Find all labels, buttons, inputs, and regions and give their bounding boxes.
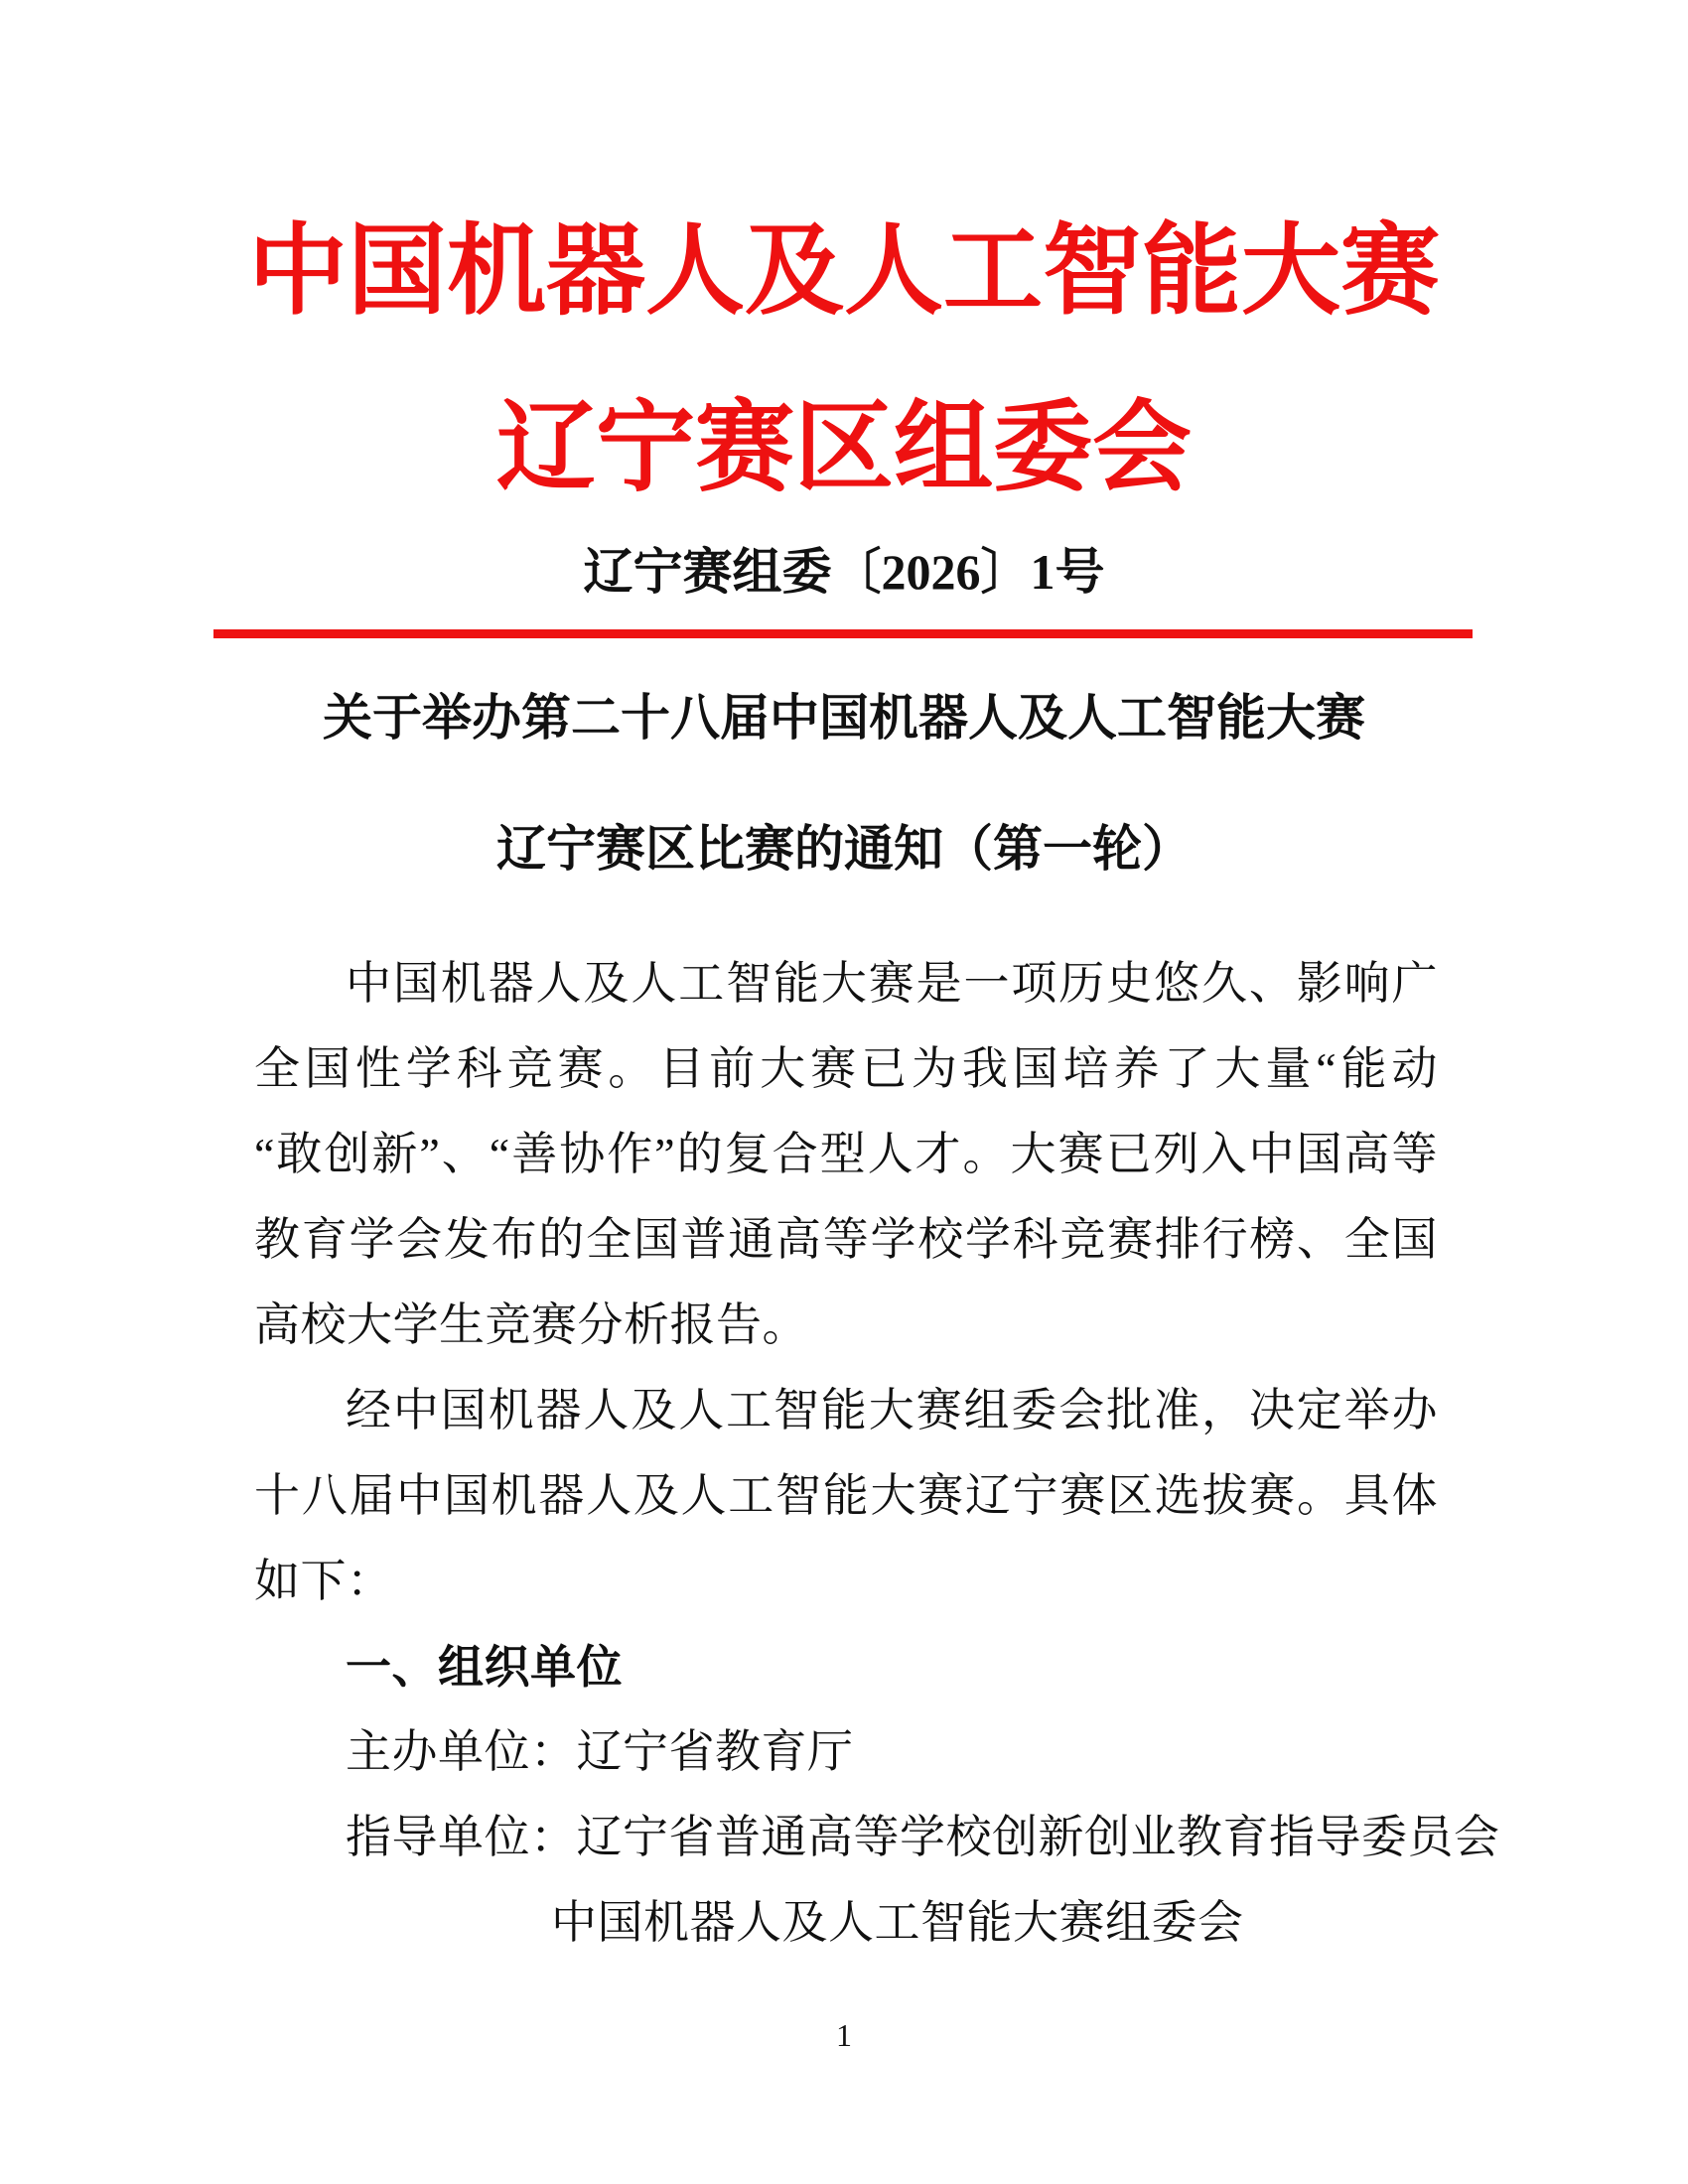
guide-unit-line: 指导单位：辽宁省普通高等学校创新创业教育指导委员会 [254, 1795, 1438, 1880]
body-line: 教育学会发布的全国普通高等学校学科竞赛排行榜、全国普通 [254, 1197, 1438, 1283]
body-line: 十八届中国机器人及人工智能大赛辽宁赛区选拔赛。具体通知 [254, 1453, 1438, 1539]
body-line: 如下： [254, 1539, 1438, 1624]
body-line: 全国性学科竞赛。目前大赛已为我国培养了大量“能动手”、 [254, 1026, 1438, 1112]
subject-heading-line2: 辽宁赛区比赛的通知（第一轮） [0, 818, 1688, 880]
guide-unit-line-2: 中国机器人及人工智能大赛组委会 [254, 1880, 1438, 1966]
section-heading-organizers: 一、组织单位 [254, 1624, 1438, 1709]
body-line: “敢创新”、“善协作”的复合型人才。大赛已列入中国高等 [254, 1112, 1438, 1197]
subject-heading-line1: 关于举办第二十八届中国机器人及人工智能大赛 [0, 687, 1688, 749]
page-number: 1 [0, 2015, 1688, 2055]
body-line: 高校大学生竞赛分析报告。 [254, 1283, 1438, 1368]
document-number: 辽宁赛组委〔2026〕1号 [0, 540, 1688, 604]
body-line: 经中国机器人及人工智能大赛组委会批准，决定举办第二 [254, 1368, 1438, 1453]
letterhead-title-line2: 辽宁赛区组委会 [0, 393, 1688, 504]
letterhead-title-line1: 中国机器人及人工智能大赛 [0, 216, 1688, 328]
body-line: 中国机器人及人工智能大赛是一项历史悠久、影响广泛的 [254, 941, 1438, 1026]
red-divider-rule [213, 629, 1473, 638]
document-body: 中国机器人及人工智能大赛是一项历史悠久、影响广泛的 全国性学科竞赛。目前大赛已为… [254, 941, 1438, 1966]
document-page: 中国机器人及人工智能大赛 辽宁赛区组委会 辽宁赛组委〔2026〕1号 关于举办第… [0, 0, 1688, 2184]
host-unit-line: 主办单位：辽宁省教育厅 [254, 1709, 1438, 1795]
